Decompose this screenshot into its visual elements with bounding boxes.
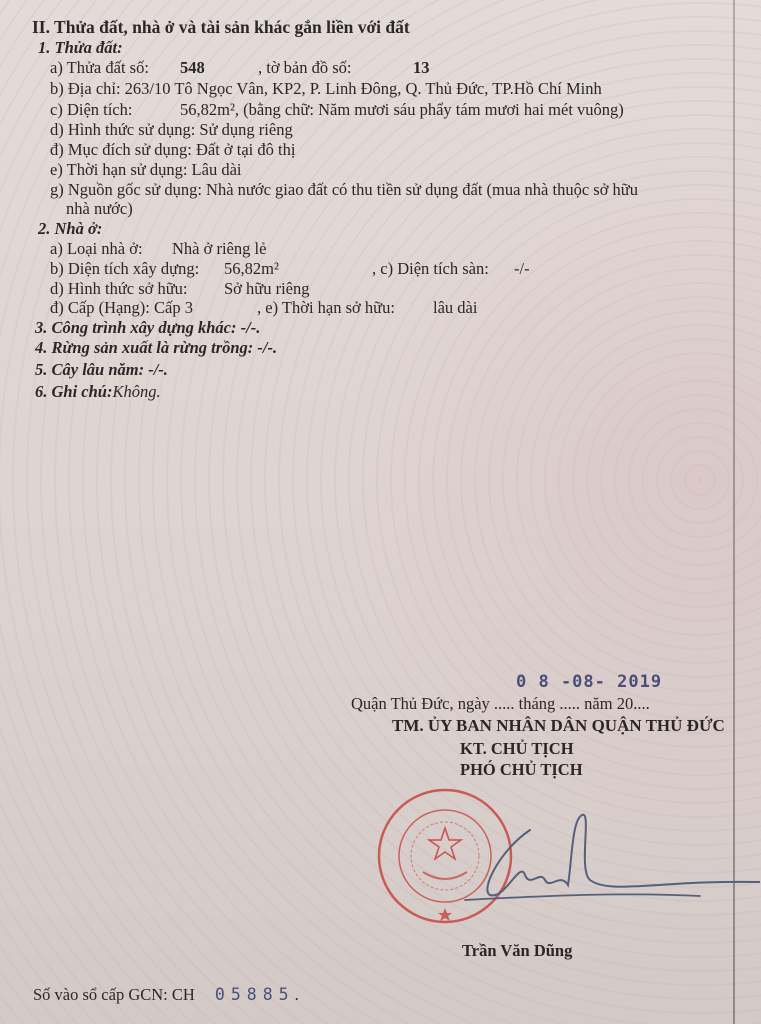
ownership-form-value: Sở hữu riêng (224, 279, 310, 299)
floor-area-label: , c) Diện tích sàn: (372, 259, 489, 279)
ownership-term-value: lâu dài (433, 298, 477, 318)
ownership-form-label: d) Hình thức sở hữu: (50, 279, 188, 298)
notes-row: 6. Ghi chú:Không. (35, 382, 161, 402)
building-area-label: b) Diện tích xây dựng: (50, 259, 199, 278)
ownership-term-label: , e) Thời hạn sở hữu: (257, 298, 395, 318)
certificate-registry-row: Số vào sổ cấp GCN: CH 05885. (33, 985, 299, 1005)
notes-label: 6. Ghi chú: (35, 382, 112, 401)
other-construction: 3. Công trình xây dựng khác: -/-. (35, 318, 260, 338)
handwritten-signature-icon (460, 800, 760, 920)
ownership-form-row: d) Hình thức sở hữu: Sở hữu riêng (50, 279, 188, 299)
parcel-number-value: 548 (180, 58, 205, 78)
house-type-row: a) Loại nhà ở: Nhà ở riêng lẻ (50, 239, 143, 259)
signer-name: Trần Văn Dũng (462, 941, 572, 961)
land-use-purpose: đ) Mục đích sử dụng: Đất ở tại đô thị (50, 140, 295, 160)
land-origin-line1: g) Nguồn gốc sử dụng: Nhà nước giao đất … (50, 180, 638, 200)
issuing-organization: TM. ỦY BAN NHÂN DÂN QUẬN THỦ ĐỨC (392, 716, 725, 736)
map-sheet-label: , tờ bản đồ số: (258, 58, 352, 78)
grade-term-row: đ) Cấp (Hạng): Cấp 3 , e) Thời hạn sở hữ… (50, 298, 193, 318)
production-forest: 4. Rừng sản xuất là rừng trồng: -/-. (35, 338, 277, 358)
house-grade: đ) Cấp (Hạng): Cấp 3 (50, 298, 193, 317)
land-heading: 1. Thửa đất: (38, 38, 123, 58)
registry-suffix: . (295, 985, 299, 1004)
signer-title-1: KT. CHỦ TỊCH (460, 739, 574, 759)
land-address: b) Địa chỉ: 263/10 Tô Ngọc Vân, KP2, P. … (50, 79, 602, 99)
floor-area-value: -/- (514, 259, 530, 279)
house-type-value: Nhà ở riêng lẻ (172, 239, 266, 259)
place-and-date: Quận Thủ Đức, ngày ..... tháng ..... năm… (351, 694, 650, 714)
stamped-date: 0 8 -08- 2019 (516, 672, 662, 692)
land-parcel-row: a) Thửa đất số: 548 , tờ bản đồ số: 13 (50, 58, 149, 78)
perennial-trees: 5. Cây lâu năm: -/-. (35, 360, 168, 380)
registry-number: 05885 (215, 985, 295, 1004)
registry-label: Số vào sổ cấp GCN: CH (33, 985, 195, 1004)
land-use-term: e) Thời hạn sử dụng: Lâu dài (50, 160, 242, 180)
parcel-number-label: a) Thửa đất số: (50, 58, 149, 77)
house-type-label: a) Loại nhà ở: (50, 239, 143, 258)
land-origin-line2: nhà nước) (66, 199, 133, 219)
land-use-form: d) Hình thức sử dụng: Sử dụng riêng (50, 120, 293, 140)
land-area-value: 56,82m², (bằng chữ: Năm mươi sáu phẩy tá… (180, 100, 624, 120)
house-area-row: b) Diện tích xây dựng: 56,82m² , c) Diện… (50, 259, 199, 279)
notes-value: Không. (112, 382, 160, 401)
building-area-value: 56,82m² (224, 259, 279, 279)
section-title: II. Thửa đất, nhà ở và tài sản khác gắn … (32, 17, 410, 37)
signer-title-2: PHÓ CHỦ TỊCH (460, 760, 583, 780)
house-heading: 2. Nhà ở: (38, 219, 102, 239)
land-area-row: c) Diện tích: 56,82m², (bằng chữ: Năm mư… (50, 100, 132, 120)
map-sheet-value: 13 (413, 58, 430, 78)
land-area-label: c) Diện tích: (50, 100, 132, 119)
